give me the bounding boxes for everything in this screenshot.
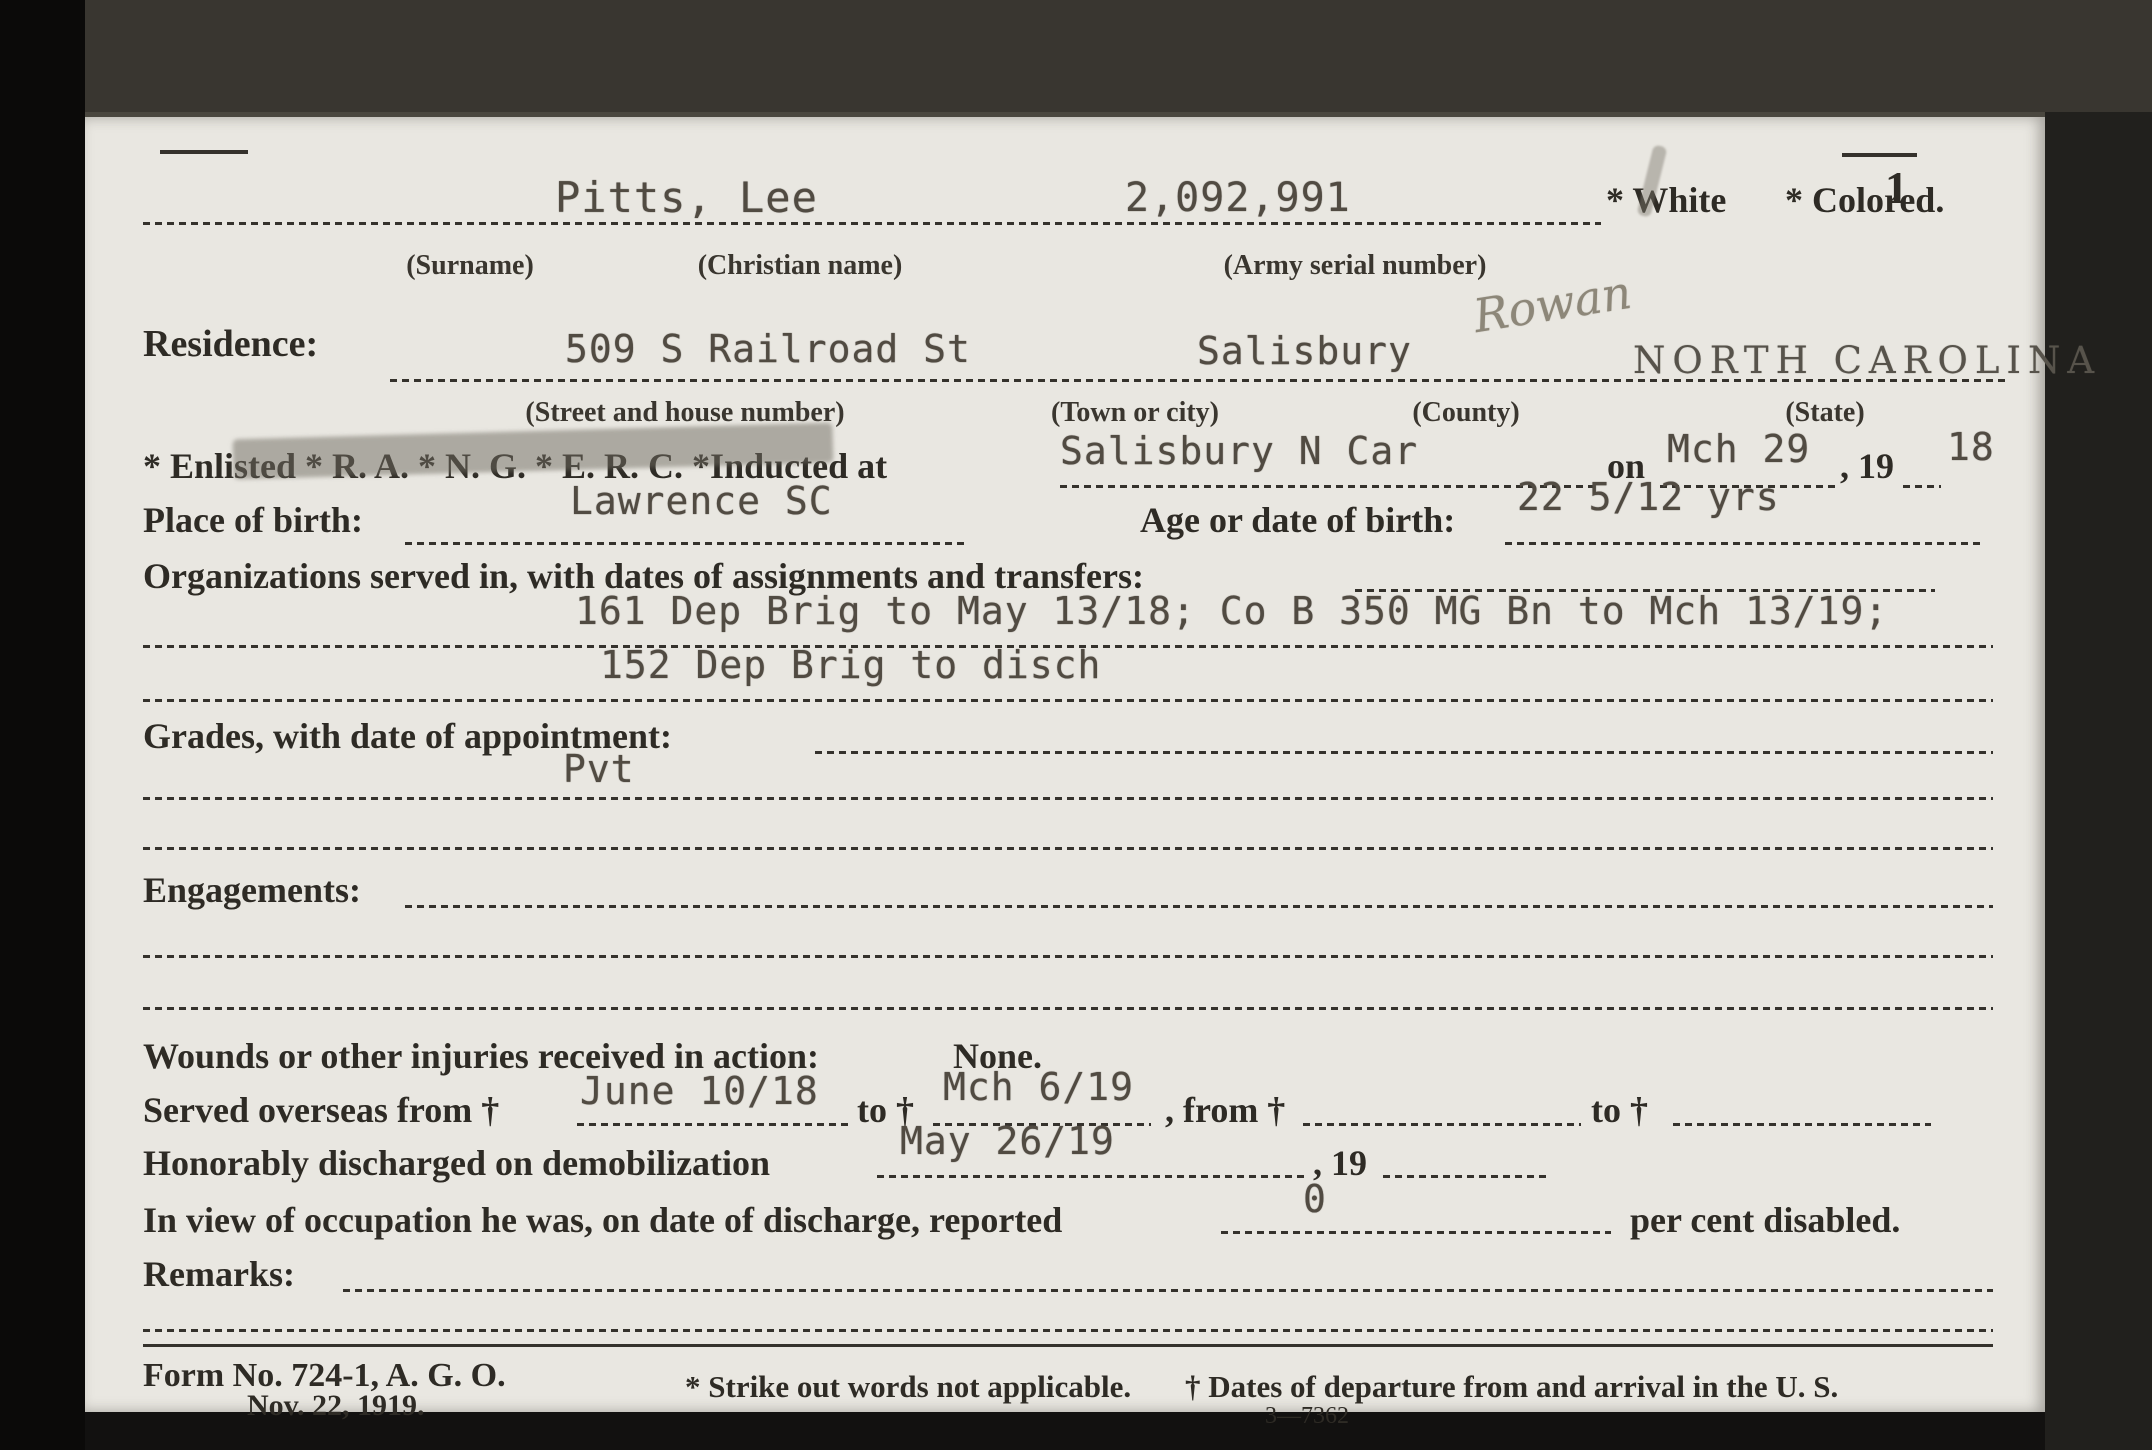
birth-age-value: 22 5/12 yrs bbox=[1517, 475, 1780, 519]
record-card: 1 Pitts, Lee 2,092,991 * White * Colored… bbox=[85, 112, 2045, 1412]
engagements-rule-2 bbox=[143, 1007, 1993, 1010]
scanned-service-card: 1 Pitts, Lee 2,092,991 * White * Colored… bbox=[0, 0, 2152, 1450]
remarks-label-rule bbox=[343, 1289, 1993, 1292]
overseas-to2-rule bbox=[1673, 1123, 1931, 1126]
town-caption: (Town or city) bbox=[1005, 397, 1265, 429]
christian-name-caption: (Christian name) bbox=[650, 250, 950, 282]
organizations-line1-value: 161 Dep Brig to May 13/18; Co B 350 MG B… bbox=[575, 589, 1888, 633]
induction-year-rule bbox=[1903, 485, 1941, 488]
serial-caption: (Army serial number) bbox=[1200, 250, 1510, 282]
grades-rule-1 bbox=[143, 797, 1993, 800]
scan-background-left bbox=[0, 0, 85, 1450]
overseas-to-label2: to † bbox=[1591, 1089, 1648, 1131]
form-date: Nov. 22, 1919. bbox=[247, 1389, 425, 1423]
name-line-rule bbox=[143, 222, 1601, 225]
overseas-to1-value: Mch 6/19 bbox=[943, 1065, 1134, 1109]
induction-date-value: Mch 29 bbox=[1667, 427, 1810, 471]
birth-age-rule bbox=[1505, 542, 1985, 545]
serial-value: 2,092,991 bbox=[1125, 175, 1351, 221]
tally-mark-left bbox=[160, 150, 248, 154]
birth-place-value: Lawrence SC bbox=[570, 479, 833, 523]
residence-street-value: 509 S Railroad St bbox=[565, 327, 971, 371]
birth-place-rule bbox=[405, 542, 965, 545]
surname-caption: (Surname) bbox=[320, 250, 620, 282]
asterisk-note: * Strike out words not applicable. bbox=[685, 1369, 1131, 1405]
state-caption: (State) bbox=[1725, 397, 1925, 429]
discharge-year-rule bbox=[1383, 1175, 1551, 1178]
county-caption: (County) bbox=[1366, 397, 1566, 429]
engagements-rule-1 bbox=[143, 955, 1993, 958]
dagger-note: † Dates of departure from and arrival in… bbox=[1185, 1369, 1838, 1405]
name-value: Pitts, Lee bbox=[555, 173, 818, 222]
induction-place-value: Salisbury N Car bbox=[1060, 429, 1418, 473]
organizations-rule-2 bbox=[143, 699, 1993, 702]
residence-state-stamp: NORTH CAROLINA bbox=[1633, 339, 2101, 382]
remarks-rule-2 bbox=[143, 1329, 1993, 1332]
overseas-from-label2: , from † bbox=[1165, 1089, 1285, 1131]
tally-mark-right bbox=[1842, 153, 1917, 157]
grades-rule-2 bbox=[143, 847, 1993, 850]
organizations-line2-value: 152 Dep Brig to disch bbox=[600, 643, 1101, 687]
induction-year-label: , 19 bbox=[1840, 445, 1894, 487]
footer-divider bbox=[143, 1344, 1993, 1347]
birth-age-label: Age or date of birth: bbox=[1140, 499, 1455, 541]
race-white-label: * White bbox=[1606, 179, 1726, 221]
overseas-from1-rule bbox=[577, 1123, 849, 1126]
engagements-label-rule bbox=[405, 905, 1993, 908]
residence-town-value: Salisbury bbox=[1197, 329, 1412, 373]
disability-value: 0 bbox=[1303, 1177, 1327, 1221]
disability-label: In view of occupation he was, on date of… bbox=[143, 1199, 1062, 1241]
grades-value: Pvt bbox=[563, 747, 635, 791]
induction-year-value: 18 bbox=[1947, 425, 1995, 469]
print-code: 3—7362 bbox=[1265, 1403, 1349, 1430]
overseas-from1-value: June 10/18 bbox=[580, 1069, 819, 1113]
grades-label-rule bbox=[815, 751, 1993, 754]
scan-background-right bbox=[2045, 112, 2152, 1450]
residence-label: Residence: bbox=[143, 322, 318, 366]
discharge-label: Honorably discharged on demobilization bbox=[143, 1142, 770, 1184]
overseas-label: Served overseas from † bbox=[143, 1089, 499, 1131]
discharge-date-rule bbox=[877, 1175, 1305, 1178]
race-colored-label: * Colored. bbox=[1785, 179, 1944, 221]
discharge-date-value: May 26/19 bbox=[900, 1119, 1115, 1163]
disability-suffix: per cent disabled. bbox=[1630, 1199, 1900, 1241]
birth-place-label: Place of birth: bbox=[143, 499, 363, 541]
scan-background-top bbox=[85, 0, 2152, 112]
overseas-from2-rule bbox=[1303, 1123, 1581, 1126]
engagements-label: Engagements: bbox=[143, 869, 361, 911]
disability-rule bbox=[1221, 1231, 1611, 1234]
remarks-label: Remarks: bbox=[143, 1253, 295, 1295]
